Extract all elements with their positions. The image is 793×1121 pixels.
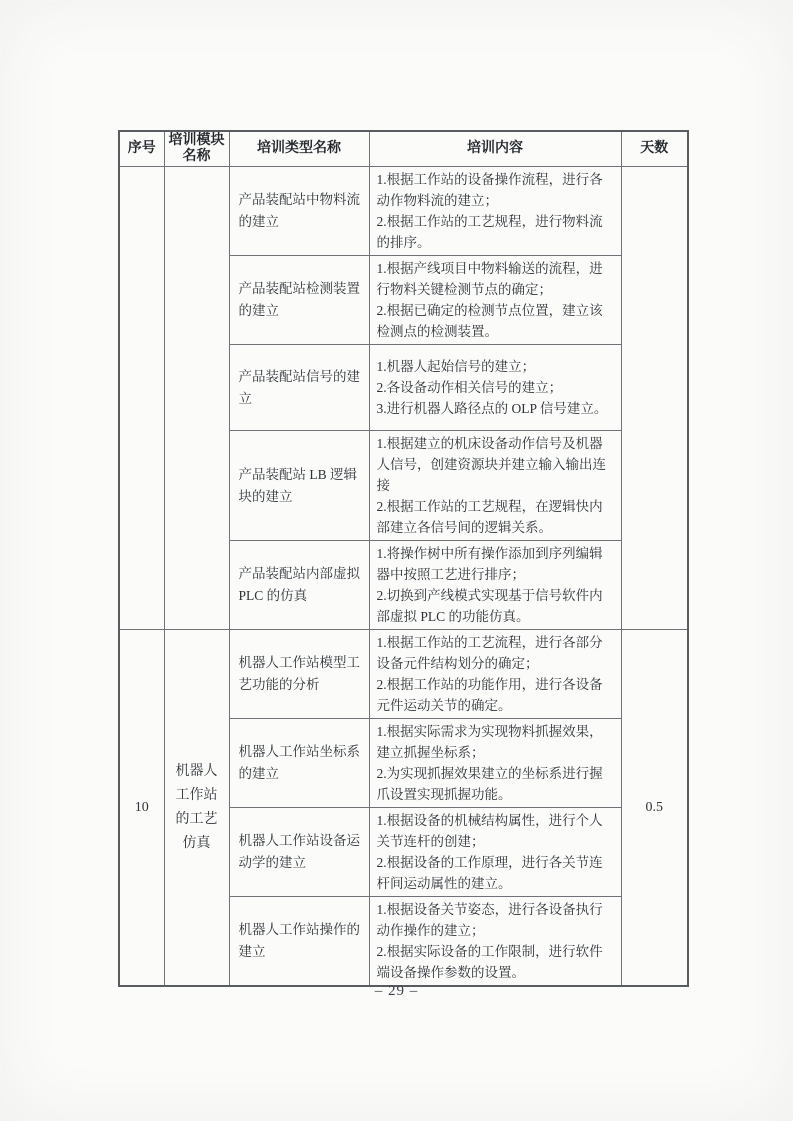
type-cell: 产品装配站内部虚拟 PLC 的仿真 [229,541,369,630]
content-cell: 1.根据设备的机械结构属性，进行个人关节连杆的创建； 2.根据设备的工作原理，进… [369,808,621,897]
training-table: 序号 培训模块名称 培训类型名称 培训内容 天数 产品装配站中物料流的建立 1.… [118,130,689,987]
module-cell [164,167,229,630]
type-cell: 产品装配站检测装置的建立 [229,256,369,345]
days-cell [621,167,688,630]
column-header-type: 培训类型名称 [229,131,369,167]
content-cell: 1.根据实际需求为实现物料抓握效果，建立抓握坐标系； 2.为实现抓握效果建立的坐… [369,719,621,808]
table-row: 产品装配站中物料流的建立 1.根据工作站的设备操作流程，进行各动作物料流的建立；… [119,167,688,256]
type-cell: 产品装配站 LB 逻辑块的建立 [229,431,369,541]
column-header-serial: 序号 [119,131,164,167]
content-cell: 1.机器人起始信号的建立； 2.各设备动作相关信号的建立； 3.进行机器人路径点… [369,345,621,431]
type-cell: 产品装配站中物料流的建立 [229,167,369,256]
type-cell: 产品装配站信号的建立 [229,345,369,431]
column-header-days: 天数 [621,131,688,167]
content-cell: 1.根据建立的机床设备动作信号及机器人信号，创建资源块并建立输入输出连接 2.根… [369,431,621,541]
type-cell: 机器人工作站操作的建立 [229,897,369,987]
content-cell: 1.根据设备关节姿态，进行各设备执行动作操作的建立； 2.根据实际设备的工作限制… [369,897,621,987]
content-cell: 1.根据产线项目中物料输送的流程，进行物料关键检测节点的确定； 2.根据已确定的… [369,256,621,345]
page-number: – 29 – [0,983,793,1000]
content-cell: 1.根据工作站的设备操作流程，进行各动作物料流的建立； 2.根据工作站的工艺规程… [369,167,621,256]
days-cell: 0.5 [621,630,688,987]
type-cell: 机器人工作站模型工艺功能的分析 [229,630,369,719]
type-cell: 机器人工作站坐标系的建立 [229,719,369,808]
serial-cell [119,167,164,630]
module-cell: 机器人工作站的工艺仿真 [164,630,229,987]
type-cell: 机器人工作站设备运动学的建立 [229,808,369,897]
column-header-module: 培训模块名称 [164,131,229,167]
table-header-row: 序号 培训模块名称 培训类型名称 培训内容 天数 [119,131,688,167]
content-cell: 1.根据工作站的工艺流程，进行各部分设备元件结构划分的确定； 2.根据工作站的功… [369,630,621,719]
serial-cell: 10 [119,630,164,987]
table-row: 10 机器人工作站的工艺仿真 机器人工作站模型工艺功能的分析 1.根据工作站的工… [119,630,688,719]
content-cell: 1.将操作树中所有操作添加到序列编辑器中按照工艺进行排序； 2.切换到产线模式实… [369,541,621,630]
document-page: 序号 培训模块名称 培训类型名称 培训内容 天数 产品装配站中物料流的建立 1.… [0,0,793,1121]
column-header-content: 培训内容 [369,131,621,167]
